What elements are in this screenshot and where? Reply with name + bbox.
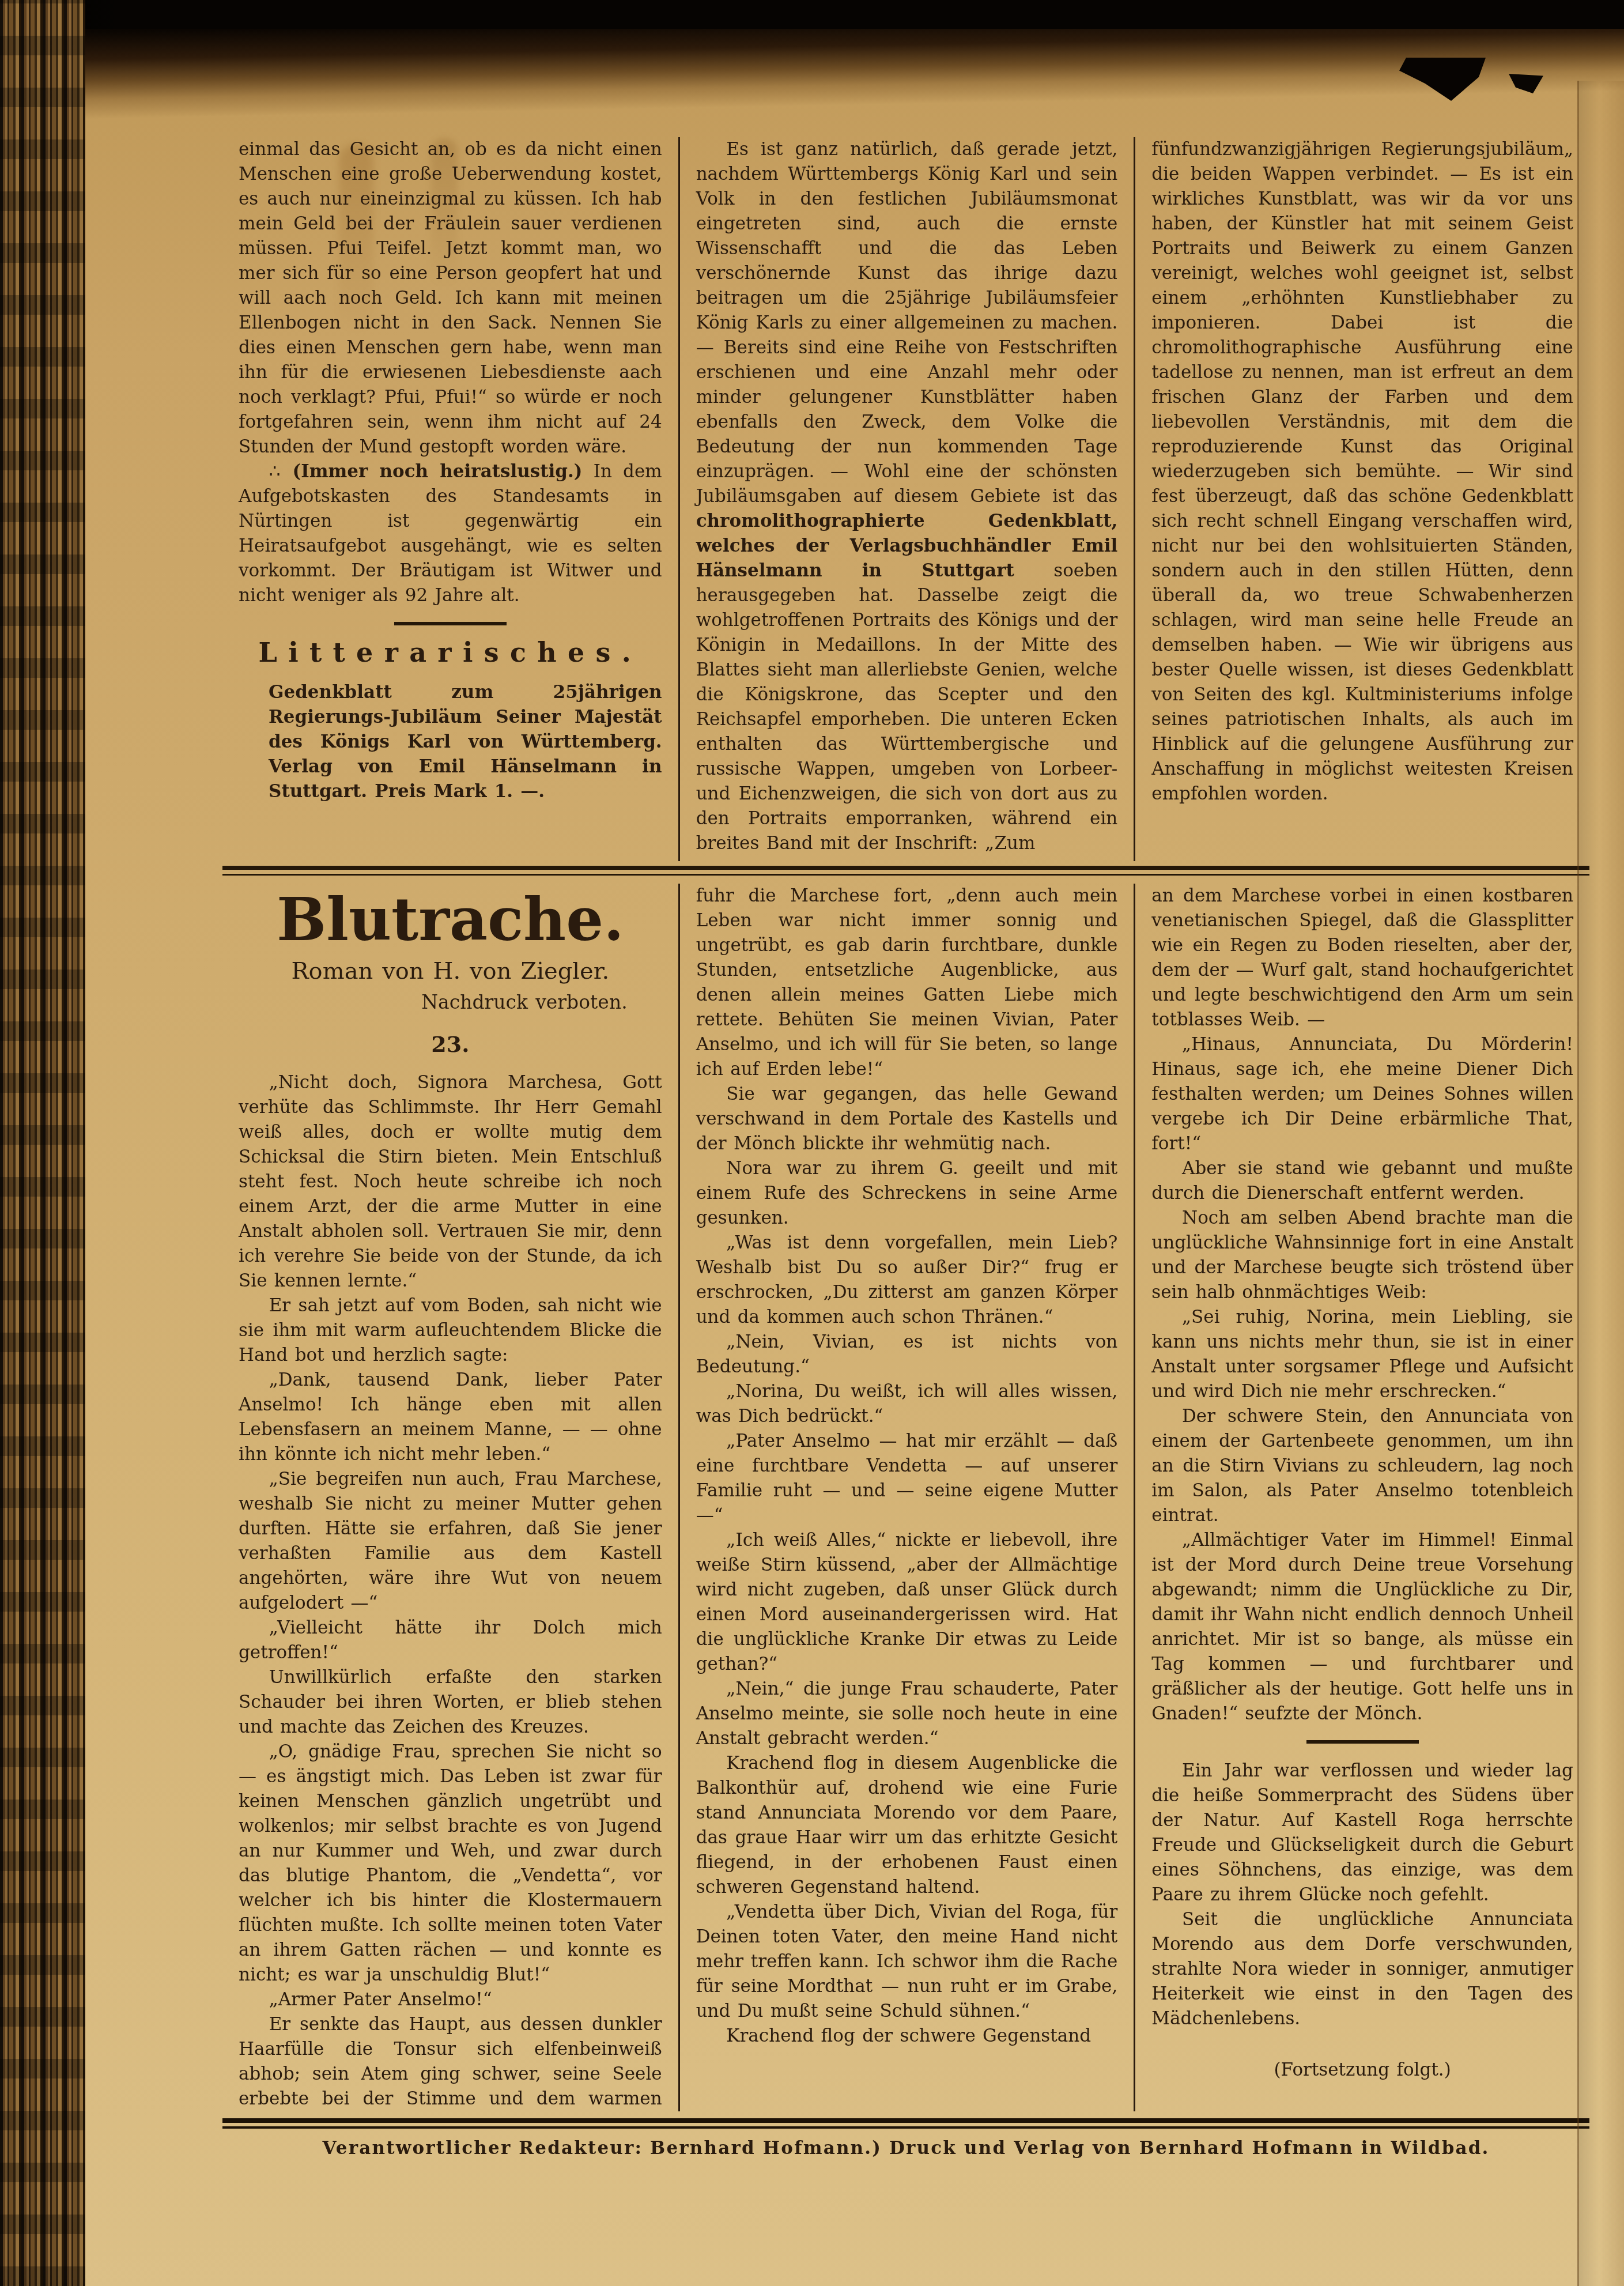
novel-column-2: fuhr die Marchese fort, „denn auch mein … [678,884,1134,2111]
novel-paragraph: „Sie begreifen nun auch, Frau Marchese, … [239,1467,662,1616]
review-paragraph-continued: fünfundzwanzigjährigen Regierungsjubiläu… [1151,137,1573,806]
novel-paragraph: „Nicht doch, Signora Marchesa, Gott verh… [239,1070,662,1293]
litterarisches-heading: Litterarisches. [239,640,662,665]
novel-chapter-number: 23. [239,1032,662,1057]
scene-divider [1306,1740,1419,1744]
footer-rule [222,2118,1589,2129]
news-paragraph: einmal das Gesicht an, ob es da nicht ei… [239,137,662,459]
review-paragraph: Es ist ganz natürlich, daß gerade jetzt,… [696,137,1118,856]
page-right-fold [1577,81,1624,2286]
news-section: einmal das Gesicht an, ob es da nicht ei… [222,137,1589,861]
review-text: Es ist ganz natürlich, daß gerade jetzt,… [696,139,1118,507]
novel-paragraph: „Pater Anselmo — hat mir erzählt — daß e… [696,1429,1118,1528]
novel-paragraph: „Dank, tausend Dank, lieber Pater Anselm… [239,1368,662,1467]
continuation-note: (Fortsetzung folgt.) [1151,2058,1573,2083]
novel-paragraph: Der schwere Stein, den Annunciata von ei… [1151,1404,1573,1528]
novel-paragraph: „Nein,“ die junge Frau schauderte, Pater… [696,1677,1118,1751]
paragraph-mark: ∴ [269,461,282,482]
novel-paragraph: Aber sie stand wie gebannt und mußte dur… [1151,1156,1573,1206]
novel-paragraph: Er senkte das Haupt, aus dessen dunkler … [239,2012,662,2111]
section-rule [222,866,1589,876]
novel-paragraph: „Sei ruhig, Norina, mein Liebling, sie k… [1151,1305,1573,1404]
book-notice: Gedenkblatt zum 25jährigen Regierungs-Ju… [269,680,662,804]
novel-paragraph: „Was ist denn vorgefallen, mein Lieb? We… [696,1231,1118,1330]
novel-paragraph: „Allmächtiger Vater im Himmel! Einmal is… [1151,1528,1573,1726]
novel-paragraph: Unwillkürlich erfaßte den starken Schaud… [239,1665,662,1740]
novel-column-3: an dem Marchese vorbei in einen kostbare… [1134,884,1589,2111]
news-column-3: fünfundzwanzigjährigen Regierungsjubiläu… [1134,137,1589,861]
novel-paragraph: „Vendetta über Dich, Vivian del Roga, fü… [696,1900,1118,2024]
novel-paragraph: Nora war zu ihrem G. geeilt und mit eine… [696,1156,1118,1231]
novel-paragraph: Krachend flog der schwere Gegenstand [696,2024,1118,2049]
novel-paragraph: „Hinaus, Annunciata, Du Mörderin! Hinaus… [1151,1032,1573,1156]
novel-title: Blutrache. [239,889,662,951]
page-content: einmal das Gesicht an, ob es da nicht ei… [222,137,1589,2159]
novel-paragraph: Sie war gegangen, das helle Gewand versc… [696,1082,1118,1156]
novel-paragraph: an dem Marchese vorbei in einen kostbare… [1151,884,1573,1032]
page-top-torn-edge [85,29,1624,119]
novel-paragraph: Noch am selben Abend brachte man die ung… [1151,1206,1573,1305]
novel-paragraph: Er sah jetzt auf vom Boden, sah nicht wi… [239,1293,662,1368]
novel-byline: Roman von H. von Ziegler. [239,959,662,984]
novel-paragraph: „Ich weiß Alles,“ nickte er liebevoll, i… [696,1528,1118,1677]
book-binding-edge [0,0,85,2286]
news-paragraph-heiratslustig: ∴ (Immer noch heiratslustig.) In dem Auf… [239,459,662,608]
novel-paragraph: „Norina, Du weißt, ich will alles wissen… [696,1379,1118,1429]
novel-paragraph: „O, gnädige Frau, sprechen Sie nicht so … [239,1740,662,1987]
review-text: soeben herausgegeben hat. Dasselbe zeigt… [696,560,1118,854]
novel-paragraph: Ein Jahr war verflossen und wieder lag d… [1151,1759,1573,1907]
news-item-text: In dem Aufgebotskasten des Standesamts i… [239,461,662,606]
newspaper-page: einmal das Gesicht an, ob es da nicht ei… [85,29,1624,2286]
novel-paragraph: „Nein, Vivian, es ist nichts von Bedeutu… [696,1330,1118,1379]
section-divider [394,622,507,625]
novel-column-1: Blutrache. Roman von H. von Ziegler. Nac… [222,884,678,2111]
novel-paragraph: fuhr die Marchese fort, „denn auch mein … [696,884,1118,1082]
newspaper-scan: einmal das Gesicht an, ob es da nicht ei… [0,0,1624,2286]
novel-paragraph: Seit die unglückliche Annunciata Morendo… [1151,1907,1573,2031]
news-column-1: einmal das Gesicht an, ob es da nicht ei… [222,137,678,861]
novel-copyright-notice: Nachdruck verboten. [239,990,662,1014]
novel-paragraph: „Armer Pater Anselmo!“ [239,1987,662,2012]
novel-paragraph: „Vielleicht hätte ihr Dolch mich getroff… [239,1616,662,1665]
news-column-2: Es ist ganz natürlich, daß gerade jetzt,… [678,137,1134,861]
novel-paragraph: Krachend flog in diesem Augenblicke die … [696,1751,1118,1900]
news-item-title: (Immer noch heiratslustig.) [293,461,583,482]
novel-section: Blutrache. Roman von H. von Ziegler. Nac… [222,884,1589,2111]
publisher-imprint: Verantwortlicher Redakteur: Bernhard Hof… [222,2138,1589,2159]
